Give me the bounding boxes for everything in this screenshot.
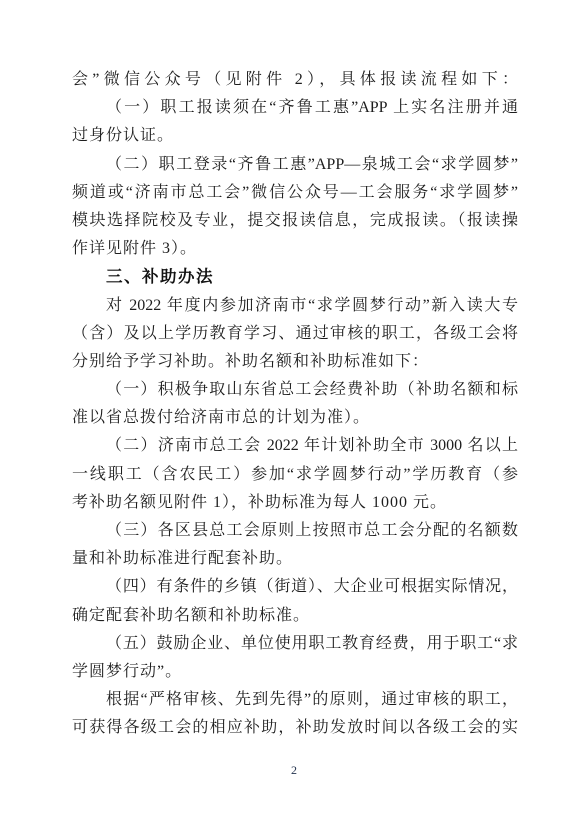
doc-line: （含）及以上学历教育学习、通过审核的职工，各级工会将	[72, 320, 518, 348]
doc-line: 分别给予学习补助。补助名额和补助标准如下：	[72, 348, 518, 376]
document-page: 会”微信公众号（见附件 2），具体报读流程如下： （一）职工报读须在“齐鲁工惠”…	[0, 0, 588, 829]
doc-line: 确定配套补助名额和补助标准。	[72, 602, 518, 630]
doc-line: 频道或“济南市总工会”微信公众号—工会服务“求学圆梦”	[72, 179, 518, 207]
section-heading: 三、补助办法	[72, 263, 518, 291]
page-number: 2	[291, 763, 297, 777]
doc-line: （一）职工报读须在“齐鲁工惠”APP 上实名注册并通	[72, 94, 518, 122]
doc-line: 作详见附件 3）。	[72, 235, 518, 263]
doc-line: 模块选择院校及专业，提交报读信息，完成报读。（报读操	[72, 207, 518, 235]
doc-line: 对 2022 年度内参加济南市“求学圆梦行动”新入读大专	[72, 292, 518, 320]
doc-line: （三）各区县总工会原则上按照市总工会分配的名额数	[72, 517, 518, 545]
doc-line: 准以省总拨付给济南市总的计划为准）。	[72, 404, 518, 432]
doc-line: （二）济南市总工会 2022 年计划补助全市 3000 名以上	[72, 432, 518, 460]
doc-line: （五）鼓励企业、单位使用职工教育经费，用于职工“求	[72, 630, 518, 658]
doc-line: 可获得各级工会的相应补助，补助发放时间以各级工会的实	[72, 714, 518, 742]
doc-line: 过身份认证。	[72, 122, 518, 150]
doc-line: 量和补助标准进行配套补助。	[72, 545, 518, 573]
doc-line: 一线职工（含农民工）参加“求学圆梦行动”学历教育（参	[72, 461, 518, 489]
page-footer: 2	[0, 761, 588, 779]
doc-line: （二）职工登录“齐鲁工惠”APP—泉城工会“求学圆梦”	[72, 151, 518, 179]
doc-line: （一）积极争取山东省总工会经费补助（补助名额和标	[72, 376, 518, 404]
doc-line: 学圆梦行动”。	[72, 658, 518, 686]
doc-line: 考补助名额见附件 1），补助标准为每人 1000 元。	[72, 489, 518, 517]
doc-line: 根据“严格审核、先到先得”的原则，通过审核的职工，	[72, 686, 518, 714]
document-body: 会”微信公众号（见附件 2），具体报读流程如下： （一）职工报读须在“齐鲁工惠”…	[72, 66, 518, 743]
doc-line: （四）有条件的乡镇（街道）、大企业可根据实际情况，	[72, 573, 518, 601]
doc-line: 会”微信公众号（见附件 2），具体报读流程如下：	[72, 66, 518, 94]
